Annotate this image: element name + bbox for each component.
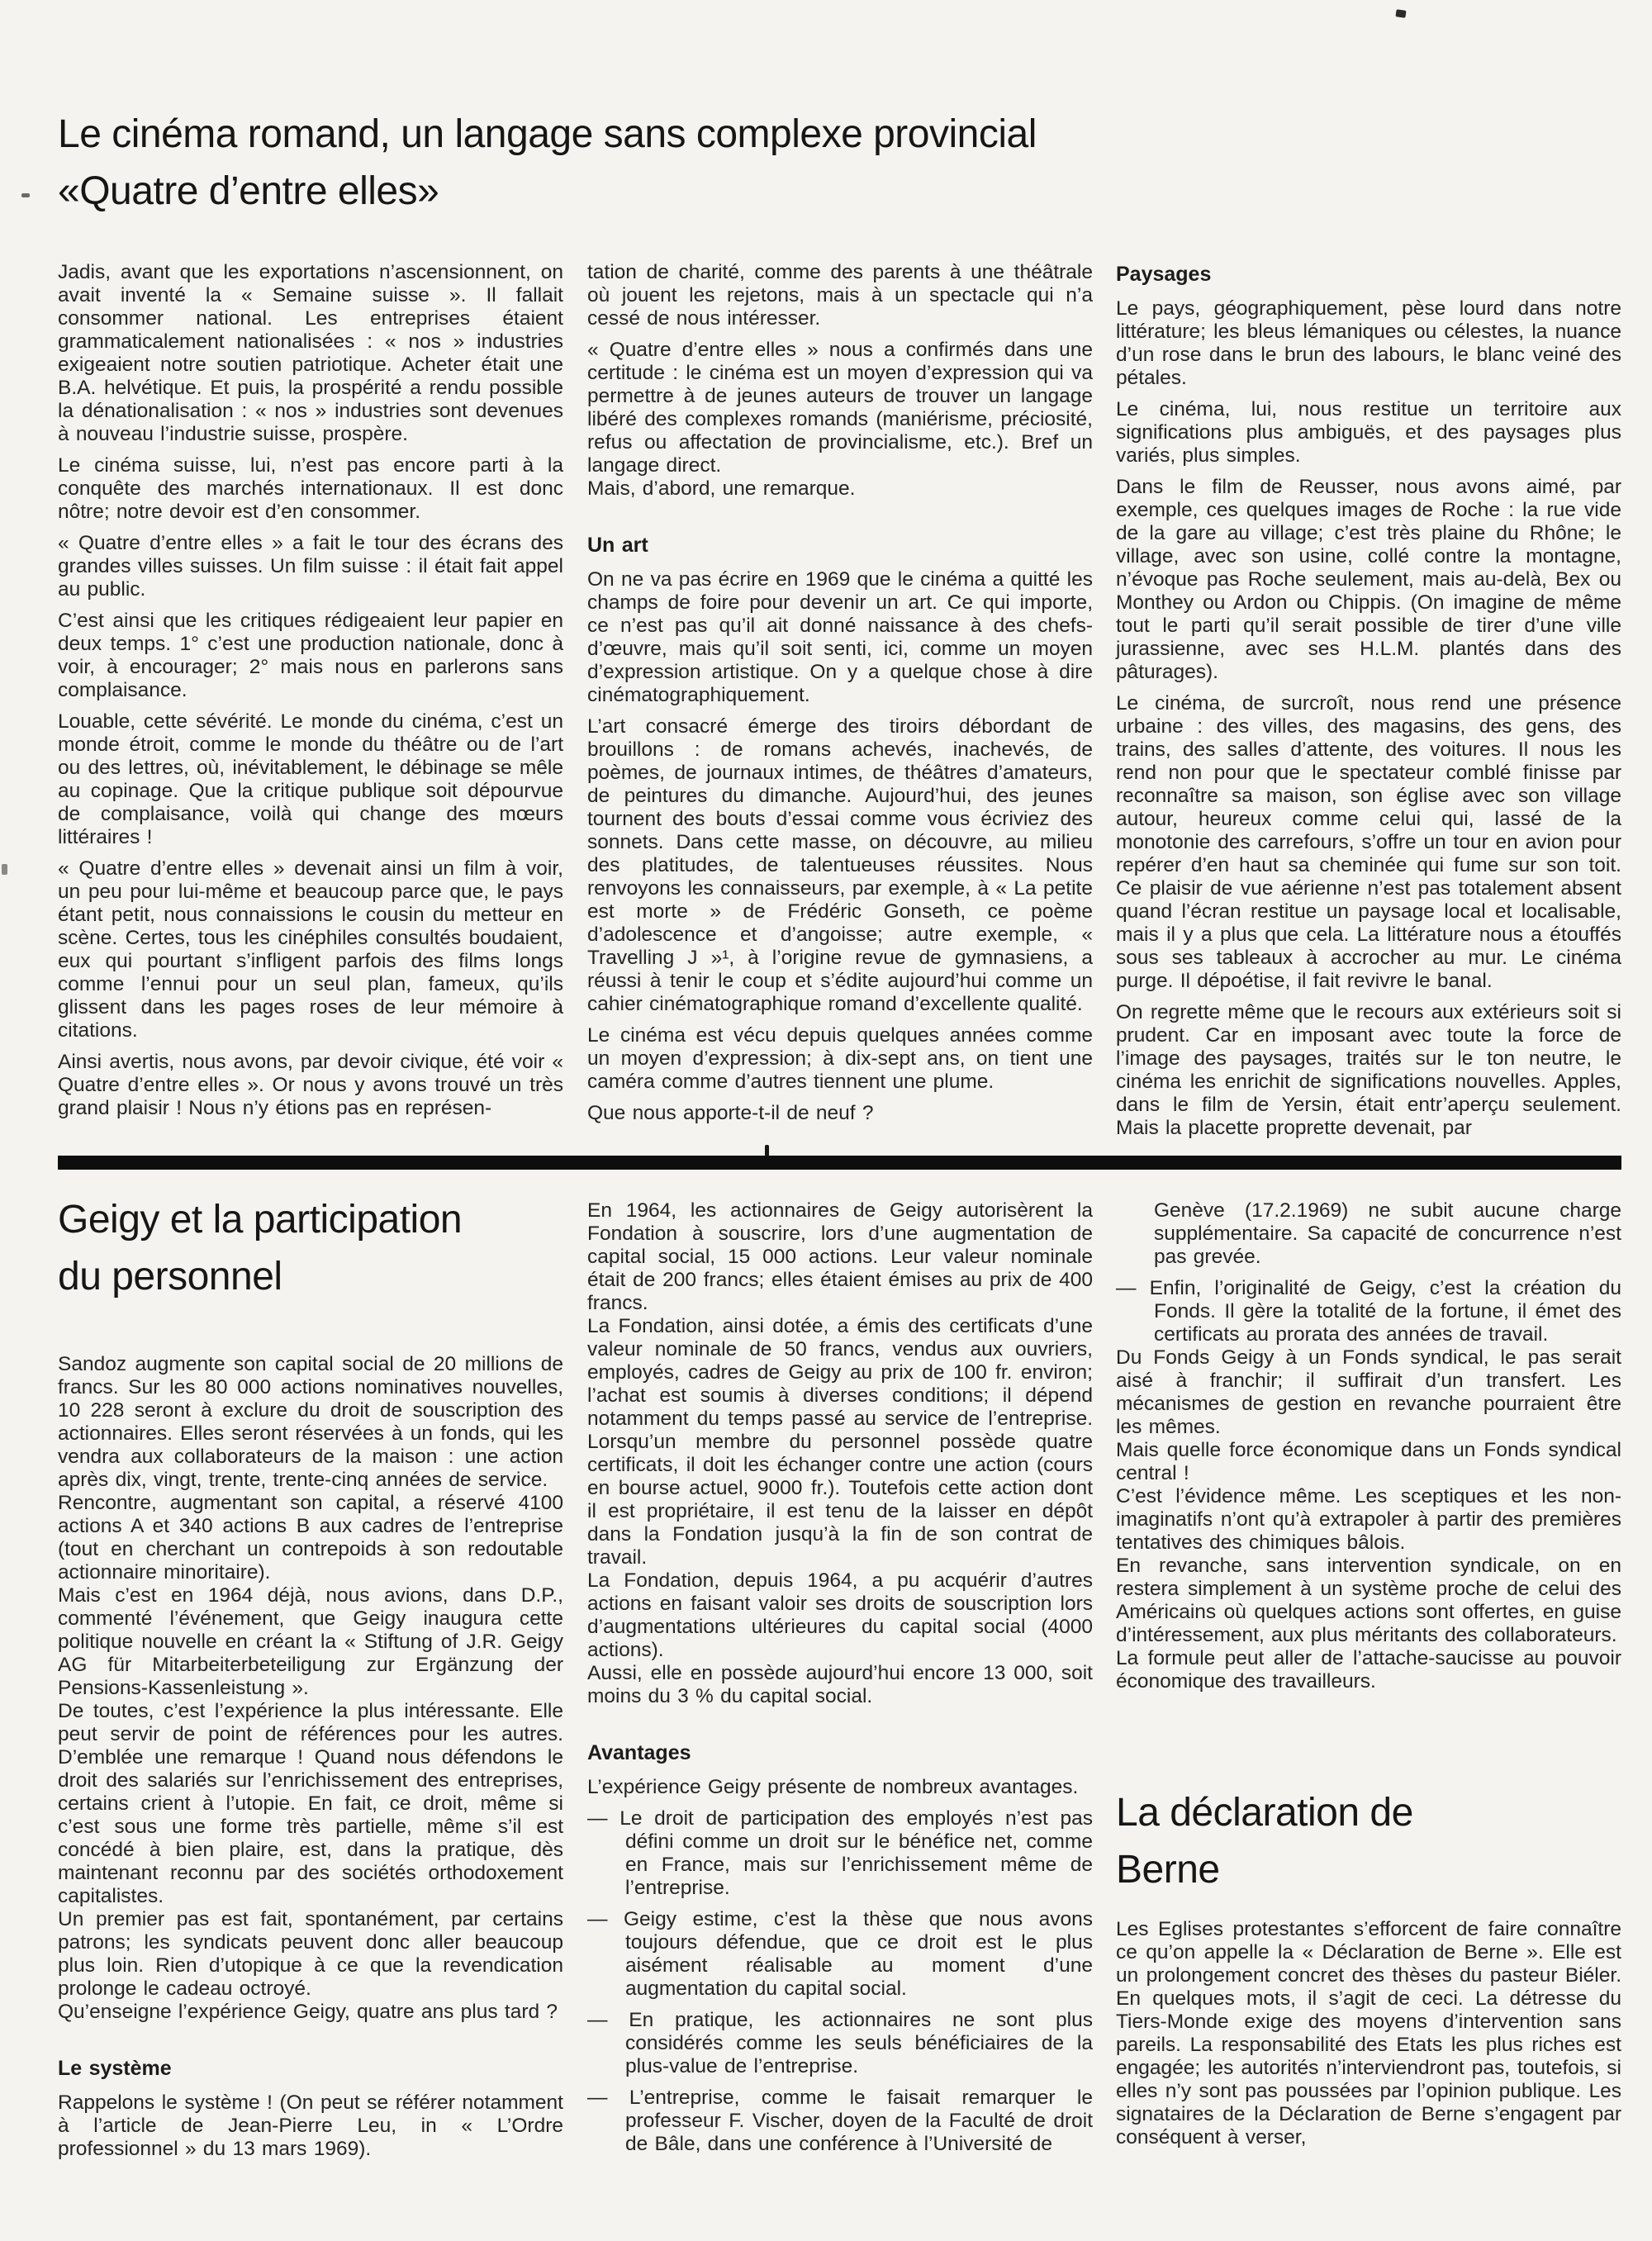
dash-list-item: — En pratique, les actionnaires ne sont … bbox=[587, 2009, 1093, 2078]
paragraph: « Quatre d’entre elles » devenait ainsi … bbox=[58, 857, 563, 1042]
paragraph: Aussi, elle en possède aujourd’hui encor… bbox=[587, 1662, 1093, 1708]
dash-list-item: — Enfin, l’originalité de Geigy, c’est l… bbox=[1116, 1277, 1621, 1346]
paragraph: On regrette même que le recours aux exté… bbox=[1116, 1001, 1621, 1140]
paragraph: Sandoz augmente son capital social de 20… bbox=[58, 1353, 563, 1492]
headline-line: «Quatre d’entre elles» bbox=[58, 163, 1231, 220]
headline-line: Berne bbox=[1116, 1841, 1645, 1898]
section-divider bbox=[58, 1156, 1621, 1170]
section-subhead: Un art bbox=[587, 534, 1093, 557]
article-headline: La déclaration de Berne bbox=[1116, 1784, 1645, 1898]
dash-list-item: — L’entreprise, comme le faisait remarqu… bbox=[587, 2087, 1093, 2156]
paragraph: Rencontre, augmentant son capital, a rés… bbox=[58, 1492, 563, 1584]
paragraph: Le cinéma est vécu depuis quelques année… bbox=[587, 1024, 1093, 1094]
paragraph: Dans le film de Reusser, nous avons aimé… bbox=[1116, 476, 1621, 684]
paragraph: La Fondation, ainsi dotée, a émis des ce… bbox=[587, 1315, 1093, 1569]
section-subhead: Le système bbox=[58, 2057, 563, 2080]
headline-line: La déclaration de bbox=[1116, 1784, 1645, 1841]
paragraph: Mais quelle force économique dans un Fon… bbox=[1116, 1439, 1621, 1485]
scan-speck bbox=[1395, 9, 1406, 18]
paragraph: « Quatre d’entre elles » nous a confirmé… bbox=[587, 339, 1093, 477]
newspaper-page: Le cinéma romand, un langage sans comple… bbox=[0, 0, 1652, 2241]
paragraph: On ne va pas écrire en 1969 que le ciném… bbox=[587, 568, 1093, 707]
paragraph: Jadis, avant que les exportations n’asce… bbox=[58, 261, 563, 446]
paragraph: Louable, cette sévérité. Le monde du cin… bbox=[58, 710, 563, 849]
article-column: Sandoz augmente son capital social de 20… bbox=[58, 1353, 563, 2161]
article-column: Les Eglises protestantes s’efforcent de … bbox=[1116, 1918, 1621, 2149]
paragraph: La formule peut aller de l’attache-sauci… bbox=[1116, 1647, 1621, 1693]
article-headline: Le cinéma romand, un langage sans comple… bbox=[58, 106, 1231, 220]
paragraph: C’est ainsi que les critiques rédigeaien… bbox=[58, 610, 563, 702]
paragraph: L’expérience Geigy présente de nombreux … bbox=[587, 1776, 1093, 1799]
paragraph: Le cinéma suisse, lui, n’est pas encore … bbox=[58, 454, 563, 524]
paragraph: tation de charité, comme des parents à u… bbox=[587, 261, 1093, 330]
paragraph: Le cinéma, de surcroît, nous rend une pr… bbox=[1116, 692, 1621, 993]
scan-speck bbox=[765, 1145, 769, 1156]
article-column: PaysagesLe pays, géographiquement, pèse … bbox=[1116, 261, 1621, 1140]
paragraph: « Quatre d’entre elles » a fait le tour … bbox=[58, 532, 563, 601]
paragraph: De toutes, c’est l’expérience la plus in… bbox=[58, 1700, 563, 1908]
scan-speck bbox=[21, 193, 30, 197]
paragraph: L’art consacré émerge des tiroirs débord… bbox=[587, 715, 1093, 1016]
article-column: tation de charité, comme des parents à u… bbox=[587, 261, 1093, 1125]
list-item-continuation: Genève (17.2.1969) ne subit aucune charg… bbox=[1116, 1199, 1621, 1269]
paragraph: En revanche, sans intervention syndicale… bbox=[1116, 1555, 1621, 1647]
article-column: Jadis, avant que les exportations n’asce… bbox=[58, 261, 563, 1120]
paragraph: Du Fonds Geigy à un Fonds syndical, le p… bbox=[1116, 1346, 1621, 1439]
scan-speck bbox=[2, 864, 7, 875]
paragraph: Le cinéma, lui, nous restitue un territo… bbox=[1116, 398, 1621, 468]
paragraph: La Fondation, depuis 1964, a pu acquérir… bbox=[587, 1569, 1093, 1662]
article-column: En 1964, les actionnaires de Geigy autor… bbox=[587, 1199, 1093, 2156]
paragraph: Mais, d’abord, une remarque. bbox=[587, 477, 1093, 501]
dash-list-item: — Geigy estime, c’est la thèse que nous … bbox=[587, 1908, 1093, 2001]
paragraph: Les Eglises protestantes s’efforcent de … bbox=[1116, 1918, 1621, 2149]
paragraph: Qu’enseigne l’expérience Geigy, quatre a… bbox=[58, 2001, 563, 2024]
paragraph: Rappelons le système ! (On peut se référ… bbox=[58, 2091, 563, 2161]
paragraph: Ainsi avertis, nous avons, par devoir ci… bbox=[58, 1051, 563, 1120]
article-column: Genève (17.2.1969) ne subit aucune charg… bbox=[1116, 1199, 1621, 1693]
paragraph: Un premier pas est fait, spontanément, p… bbox=[58, 1908, 563, 2001]
paragraph: Que nous apporte-t-il de neuf ? bbox=[587, 1102, 1093, 1125]
paragraph: Mais c’est en 1964 déjà, nous avions, da… bbox=[58, 1584, 563, 1700]
paragraph: Le pays, géographiquement, pèse lourd da… bbox=[1116, 297, 1621, 390]
section-subhead: Avantages bbox=[587, 1741, 1093, 1764]
section-subhead: Paysages bbox=[1116, 263, 1621, 286]
headline-line: Le cinéma romand, un langage sans comple… bbox=[58, 106, 1231, 163]
paragraph: En 1964, les actionnaires de Geigy autor… bbox=[587, 1199, 1093, 1315]
paragraph: C’est l’évidence même. Les sceptiques et… bbox=[1116, 1485, 1621, 1555]
dash-list-item: — Le droit de participation des employés… bbox=[587, 1807, 1093, 1900]
